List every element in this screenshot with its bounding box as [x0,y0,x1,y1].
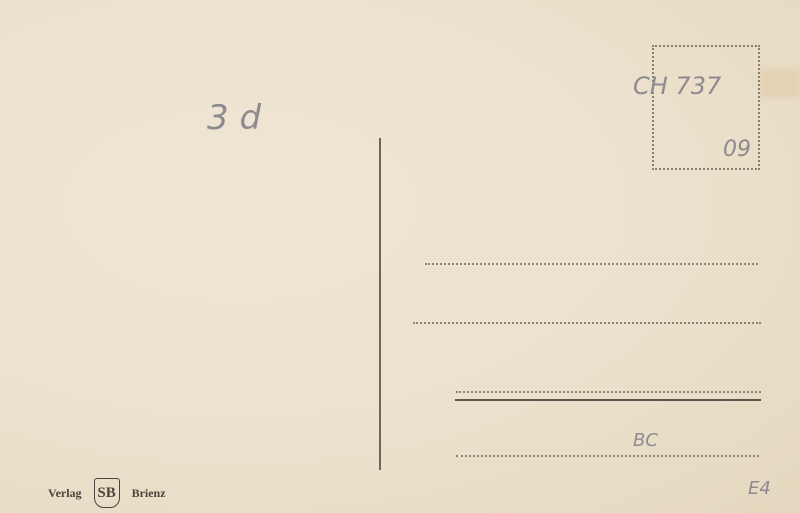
publisher-imprint: Verlag SB Brienz [48,478,166,508]
publisher-label: Verlag [48,486,82,501]
handwritten-mark-bc: BC [633,430,658,451]
publisher-logo-icon: SB [94,478,120,508]
center-divider-line [379,138,381,470]
address-line-3 [456,391,761,393]
handwritten-note-top-left: 3 d [207,98,261,138]
handwritten-mark-e4: E4 [748,478,771,499]
publisher-city: Brienz [132,486,166,501]
address-line-1 [425,263,758,265]
address-line-4 [456,455,759,457]
handwritten-number: 09 [723,137,751,162]
address-line-2 [413,322,761,324]
handwritten-code: CH 737 [633,72,721,100]
postcard-back: 3 d CH 737 09 BC E4 Verlag SB Brienz [0,0,800,513]
address-underline [455,399,761,401]
paper-stain [760,68,800,98]
